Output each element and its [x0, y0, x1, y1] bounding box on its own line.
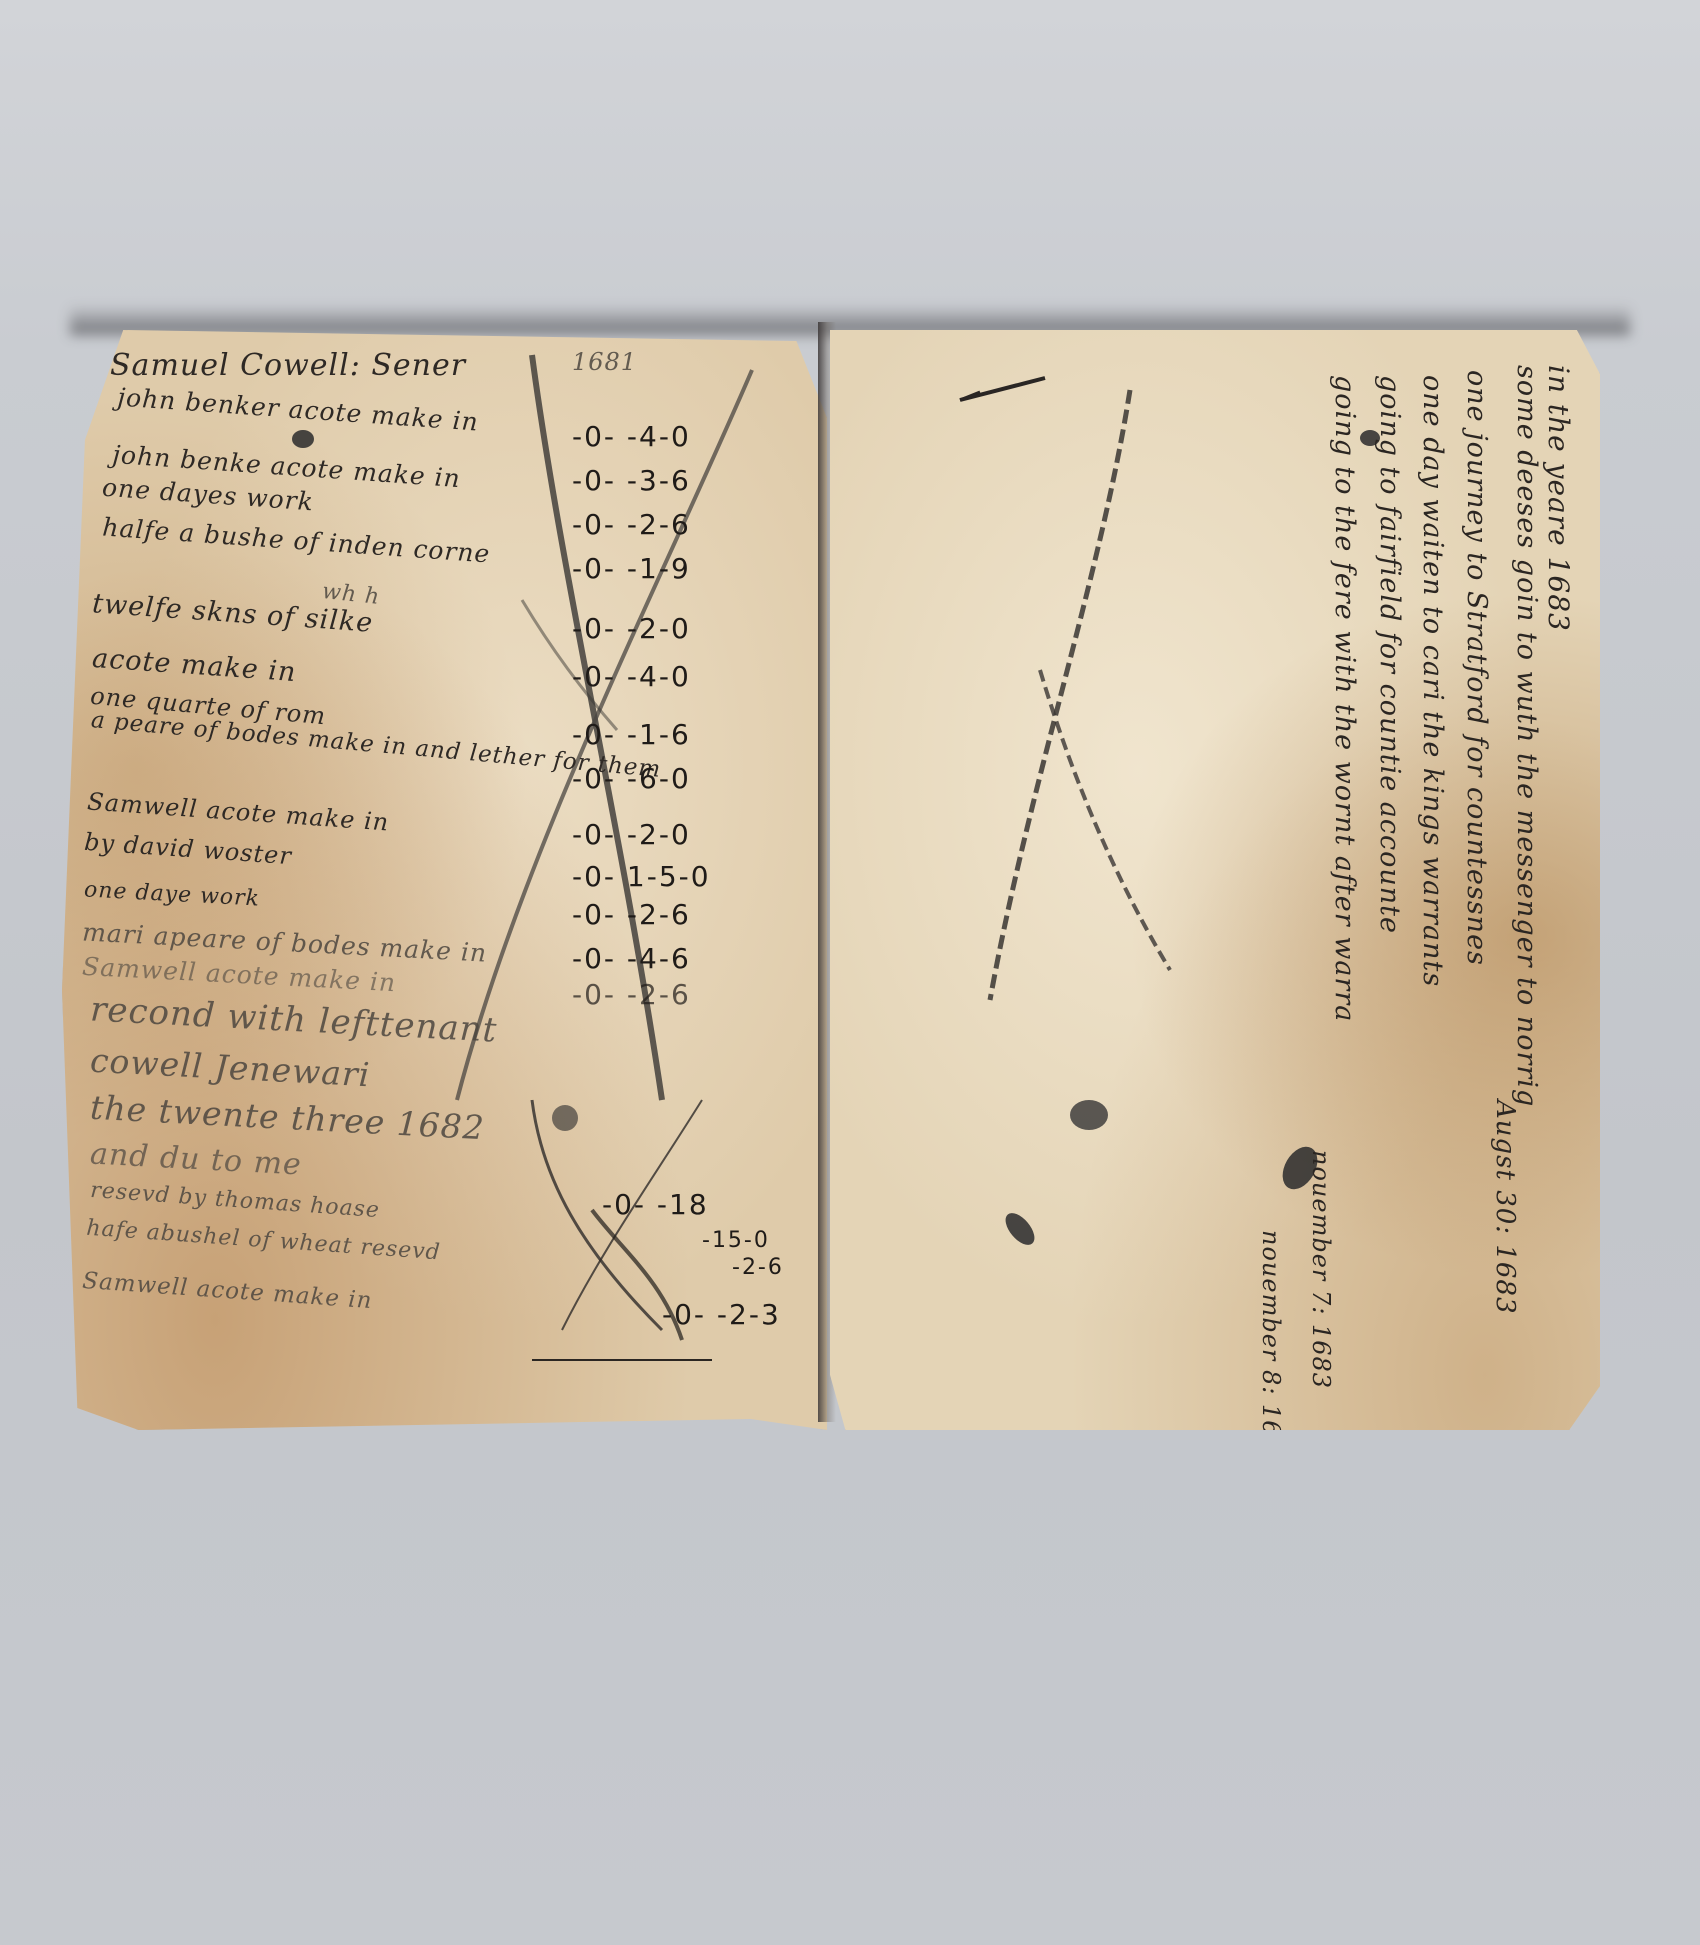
date-line: Augst 30: 1683: [1490, 1100, 1520, 1315]
entry-amount: -15-0: [702, 1228, 770, 1253]
ink-blot: [552, 1105, 578, 1131]
ink-blot: [1070, 1100, 1108, 1130]
ink-blot: [1000, 1208, 1040, 1250]
rotated-line: going to the fere with the wornt after w…: [1329, 375, 1360, 1022]
entry-amount: -0- -18: [602, 1188, 709, 1221]
settlement-line: cowell Jenewari: [89, 1041, 371, 1095]
date-line: nouember 8: 1683: [1257, 1230, 1285, 1430]
ink-blot: [292, 430, 314, 448]
entry-amount: -0- -2-0: [572, 818, 691, 851]
entry-amount: -0- -2-3: [662, 1298, 781, 1331]
entry-amount: -0- -2-0: [572, 612, 691, 645]
entry-amount: -0- 1-5-0: [572, 860, 711, 893]
settlement-line: recond with lefttenant: [89, 989, 498, 1050]
entry-text: john benker acote make in: [116, 382, 479, 436]
left-page: Samuel Cowell: Sener 1681 john benker ac…: [62, 330, 827, 1430]
entry-amount: -0- -4-0: [572, 660, 691, 693]
entry-amount: -0- -3-6: [572, 464, 691, 497]
entry-amount: -0- -2-6: [572, 898, 691, 931]
entry-text: one daye work: [83, 877, 260, 911]
entry-amount: -0- -1-6: [572, 718, 691, 751]
entry-amount: -0- -2-6: [572, 978, 691, 1011]
header-year: 1681: [572, 348, 637, 376]
rotated-line: in the yeare 1683: [1542, 365, 1575, 632]
settlement-line: and du to me: [89, 1136, 302, 1182]
entry-amount: -0- -6-0: [572, 762, 691, 795]
entry-amount: -0- -4-6: [572, 942, 691, 975]
entry-amount: -2-6: [732, 1255, 784, 1280]
entry-amount: -0- -2-6: [572, 508, 691, 541]
rotated-line: one day waiten to cari the kings warrant…: [1417, 375, 1448, 987]
entry-text: halfe a bushe of inden corne: [101, 512, 491, 568]
entry-text: resevd by thomas hoase: [89, 1178, 380, 1223]
entry-text: hafe abushel of wheat resevd: [86, 1216, 442, 1266]
settlement-line: the twente three 1682: [89, 1088, 485, 1148]
entry-text: by david woster: [83, 828, 293, 870]
rotated-line: some deeses goin to wuth the messenger t…: [1511, 365, 1542, 1107]
entry-text: acote make in: [91, 643, 297, 688]
rotated-line: one journey to Stratford for countessnes: [1461, 370, 1492, 966]
date-line: nouember 7: 1683: [1307, 1150, 1335, 1389]
header-name: Samuel Cowell: Sener: [110, 348, 466, 383]
entry-amount: -0- -1-9: [572, 552, 691, 585]
rotated-line: going to fairfield for countie accounte: [1374, 375, 1405, 934]
entry-text: Samwell acote make in: [86, 787, 390, 836]
entry-text: Samwell acote make in: [81, 1268, 373, 1314]
right-page: in the yeare 1683 some deeses goin to wu…: [830, 330, 1600, 1430]
entry-amount: -0- -4-0: [572, 420, 691, 453]
